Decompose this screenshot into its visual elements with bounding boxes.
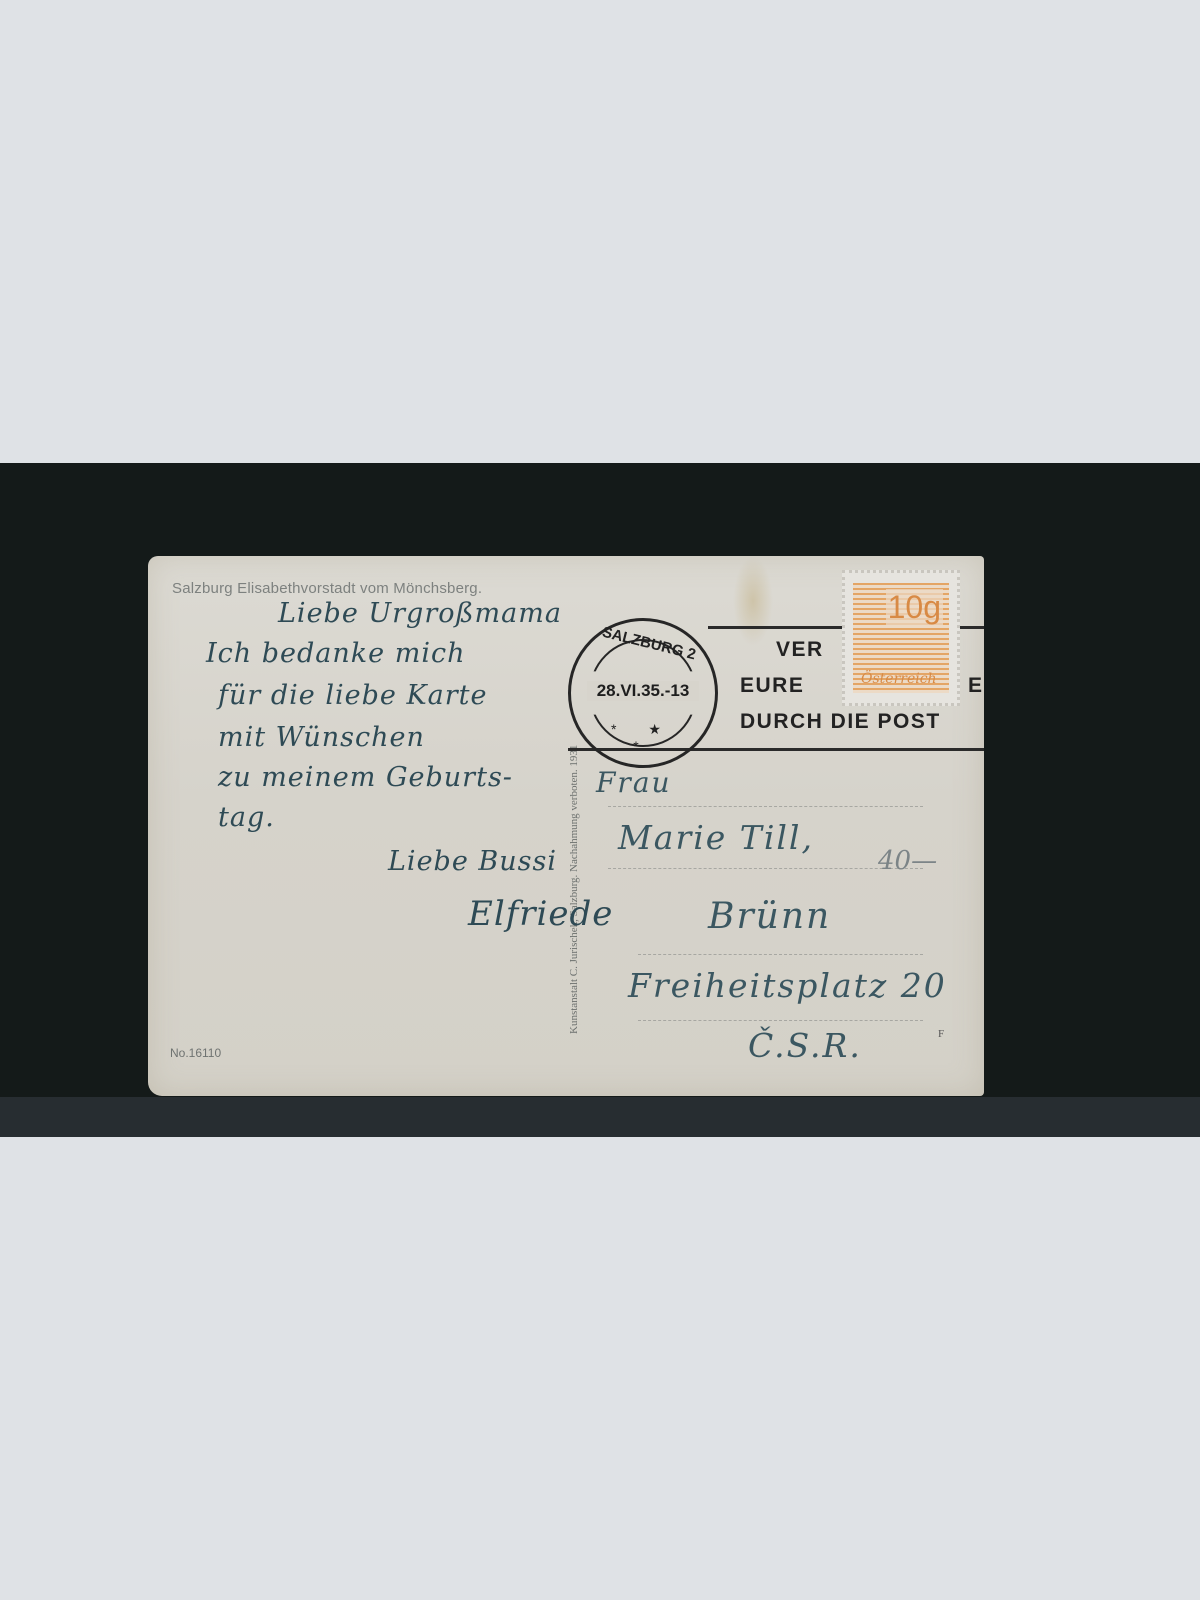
- slogan-line-2: EURE: [740, 674, 804, 698]
- postmark-stars: * ★ *: [601, 721, 685, 754]
- slogan-line-3: DURCH DIE POST: [740, 710, 941, 734]
- address-rule: [608, 806, 923, 807]
- address-city: Brünn: [708, 896, 831, 937]
- postage-stamp: 10g Österreich: [842, 570, 960, 706]
- address-street: Freiheitsplatz 20: [628, 966, 947, 1005]
- card-number: No.16110: [170, 1046, 221, 1060]
- corner-mark: F: [938, 1028, 944, 1040]
- signature: Elfriede: [468, 894, 613, 934]
- postcard: Salzburg Elisabethvorstadt vom Mönchsber…: [148, 556, 984, 1096]
- message-line: für die liebe Karte: [218, 680, 487, 711]
- address-rule: [638, 1020, 923, 1021]
- address-name: Marie Till,: [618, 818, 814, 857]
- slogan-line-2-tail: E: [968, 674, 984, 698]
- message-line: zu meinem Geburts-: [218, 762, 513, 793]
- water-stain: [733, 556, 773, 646]
- message-line: Liebe Bussi: [388, 846, 557, 877]
- address-salutation: Frau: [596, 766, 672, 799]
- stamp-country: Österreich: [861, 671, 937, 687]
- stamp-design: 10g Österreich: [853, 583, 949, 693]
- printer-mark: Kunstanstalt C. Jurischek, Salzburg. Nac…: [568, 584, 580, 1034]
- pencil-note: 40—: [878, 846, 937, 876]
- message-line: Ich bedanke mich: [206, 638, 465, 669]
- message-line: tag.: [218, 802, 275, 833]
- message-line: Liebe Urgroßmama: [278, 598, 562, 629]
- address-country: Č.S.R.: [748, 1026, 862, 1065]
- stamp-value: 10g: [886, 589, 943, 626]
- display-ledge: [0, 1097, 1200, 1137]
- address-rule: [638, 954, 923, 955]
- address-rule: [608, 868, 923, 869]
- postmark: SALZBURG 2 28.VI.35.-13 * ★ *: [568, 618, 718, 768]
- postcard-caption: Salzburg Elisabethvorstadt vom Mönchsber…: [172, 580, 482, 597]
- slogan-line-1: VER: [776, 638, 824, 662]
- postmark-date: 28.VI.35.-13: [587, 681, 699, 701]
- message-line: mit Wünschen: [218, 722, 425, 753]
